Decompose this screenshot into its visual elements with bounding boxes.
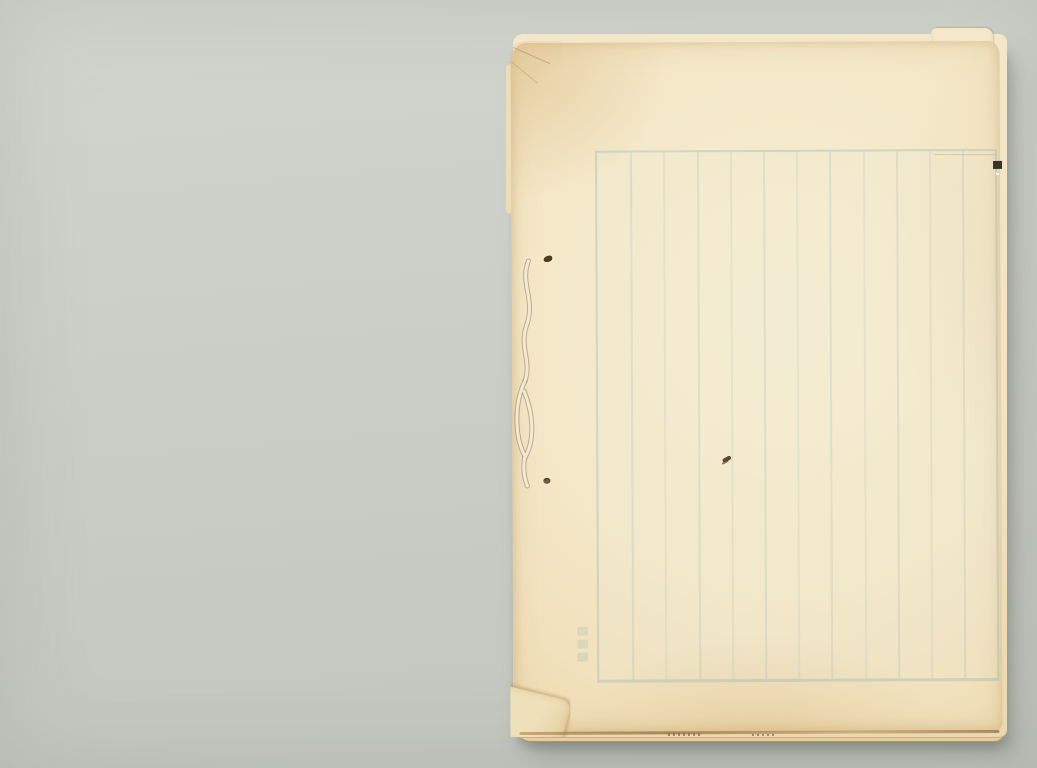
binding-thread bbox=[511, 257, 542, 489]
column-rule-line bbox=[630, 153, 634, 680]
faint-blue-stamp bbox=[577, 653, 588, 662]
dog-ear-flap bbox=[510, 686, 570, 737]
binding-hole-bottom bbox=[543, 478, 550, 484]
photo-background bbox=[0, 0, 1037, 768]
column-rule-line bbox=[829, 152, 833, 679]
column-rule-line bbox=[730, 152, 734, 679]
edge-ink-mark bbox=[993, 161, 1002, 169]
paper-stack bbox=[506, 26, 1007, 742]
column-rule-line bbox=[896, 151, 900, 678]
binding-hole-top bbox=[543, 255, 553, 263]
corner-fold-top-left bbox=[509, 41, 561, 105]
top-sheet bbox=[510, 41, 1002, 733]
column-rule-line bbox=[796, 152, 800, 679]
column-rule-line bbox=[663, 152, 667, 679]
column-rule-line bbox=[863, 152, 867, 679]
faint-blue-stamps bbox=[577, 627, 589, 666]
column-rule-line bbox=[697, 152, 701, 679]
dog-ear-bottom-left bbox=[510, 683, 570, 737]
fold-crease bbox=[511, 61, 538, 84]
column-rule-line bbox=[962, 151, 966, 678]
edge-print-smudge bbox=[752, 734, 774, 736]
column-rule-line bbox=[763, 152, 767, 679]
ruled-frame bbox=[595, 149, 999, 683]
column-rule-line bbox=[929, 151, 933, 678]
fold-crease bbox=[513, 47, 550, 64]
faint-blue-stamp bbox=[577, 640, 588, 649]
edge-print-smudge bbox=[668, 733, 702, 736]
faint-blue-stamp bbox=[577, 627, 588, 636]
